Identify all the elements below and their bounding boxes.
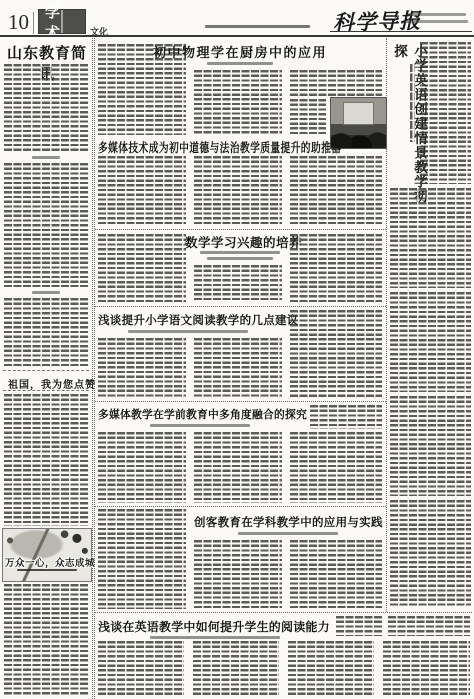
article-5-text xyxy=(310,405,382,429)
article-2-text xyxy=(98,156,186,226)
masthead-date-line xyxy=(405,20,468,23)
sidebar-text-block xyxy=(4,298,89,366)
main-left-border xyxy=(94,38,95,699)
article-2-text xyxy=(194,156,282,226)
article-1-byline xyxy=(207,62,273,65)
article-4-byline xyxy=(128,330,248,333)
article-1-text xyxy=(194,70,282,135)
photo-subcaption-line xyxy=(17,569,77,571)
article-1-text xyxy=(290,70,382,96)
newspaper-page: 10 学术 文化 科学导报 山东教育简讯 祖国，我为您点赞 万众一心，众志成城 … xyxy=(0,0,474,699)
article-7-text xyxy=(98,641,184,697)
sidebar-divider xyxy=(3,390,89,391)
sidebar-text-block xyxy=(4,584,89,696)
ink-painting-photo: 万众一心，众志成城 xyxy=(2,528,92,582)
article-2-text xyxy=(290,156,382,226)
article-divider xyxy=(95,401,386,402)
masthead-rule xyxy=(0,35,474,37)
article-divider xyxy=(95,229,386,230)
article-5-byline xyxy=(150,424,250,427)
right-column-text xyxy=(390,396,471,496)
article-4-text xyxy=(98,338,186,398)
article-7-headline: 浅谈在英语教学中如何提升学生的阅读能力 xyxy=(98,618,330,635)
right-column-text xyxy=(390,188,471,288)
article-3-text xyxy=(290,234,382,302)
article-divider xyxy=(95,506,386,507)
article-4-headline: 浅谈提升小学语文阅读教学的几点建议 xyxy=(98,312,299,328)
sidebar-divider xyxy=(3,370,89,371)
sidebar-border xyxy=(92,38,93,699)
photo-caption: 万众一心，众志成城 xyxy=(5,555,95,569)
article-7-text xyxy=(336,616,382,636)
article-3-byline xyxy=(200,251,280,254)
sidebar-subhead-line xyxy=(32,291,60,294)
article-4-text xyxy=(290,310,382,398)
sidebar-section-title: 祖国，我为您点赞 xyxy=(8,376,96,391)
article-6-text xyxy=(98,509,186,609)
article-7-text xyxy=(383,641,470,697)
right-column-vertical-byline xyxy=(410,64,415,142)
article-divider xyxy=(95,612,472,613)
article-7-text xyxy=(288,641,374,697)
masthead-contact-line xyxy=(205,25,310,28)
article-6-byline xyxy=(238,532,338,535)
article-5-headline: 多媒体教学在学前教育中多角度融合的探究 xyxy=(98,407,307,422)
article-7-byline xyxy=(150,636,280,639)
article-divider xyxy=(95,306,386,307)
page-number: 10 xyxy=(8,10,29,35)
article-2-headline: 多媒体技术成为初中道德与法治教学质量提升的助推器 xyxy=(98,138,341,156)
sidebar-text-block xyxy=(4,394,89,526)
right-column-text xyxy=(390,292,471,392)
masthead-staff-line xyxy=(408,13,466,16)
article-4-text xyxy=(194,338,282,398)
sidebar-text-block xyxy=(4,64,89,152)
article-5-text xyxy=(194,432,282,503)
sidebar-text-block xyxy=(4,163,89,287)
article-7-text xyxy=(193,641,279,697)
article-3-text xyxy=(194,265,282,302)
sidebar-subhead-line xyxy=(32,156,60,159)
section-badge: 学术 xyxy=(38,9,86,34)
article-5-text xyxy=(98,432,186,503)
article-6-text xyxy=(194,540,282,609)
article-3-byline xyxy=(207,257,273,260)
article-6-headline: 创客教育在学科教学中的应用与实践 xyxy=(194,514,383,530)
article-1-text xyxy=(290,99,326,135)
article-6-text xyxy=(290,540,382,609)
article-3-headline: 数学学习兴趣的培养 xyxy=(185,233,300,251)
article-5-text xyxy=(290,432,382,503)
article-1-headline: 初中物理学在厨房中的应用 xyxy=(150,42,330,61)
masthead-right-underline xyxy=(330,31,472,32)
article-7-text xyxy=(388,616,470,636)
article-3-text xyxy=(98,234,186,302)
right-column-text xyxy=(390,500,471,608)
projector-screen xyxy=(343,102,374,125)
right-column-text xyxy=(420,42,471,184)
masthead-divider xyxy=(33,12,34,34)
